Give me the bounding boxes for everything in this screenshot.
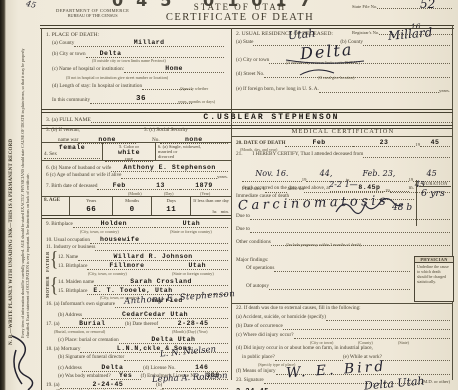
due-to-scribble — [336, 199, 403, 214]
city-underline-flourish — [286, 60, 364, 63]
death-certificate-scan: 045 01017 45 DEPARTMENT OF COMMERCE BURE… — [0, 0, 458, 390]
street-no-flourish — [300, 70, 334, 75]
margin-scrawl — [12, 336, 33, 390]
ink-scribbles-overlay — [0, 0, 458, 390]
spouse-value: Anthony E. Stephenson — [111, 164, 228, 172]
